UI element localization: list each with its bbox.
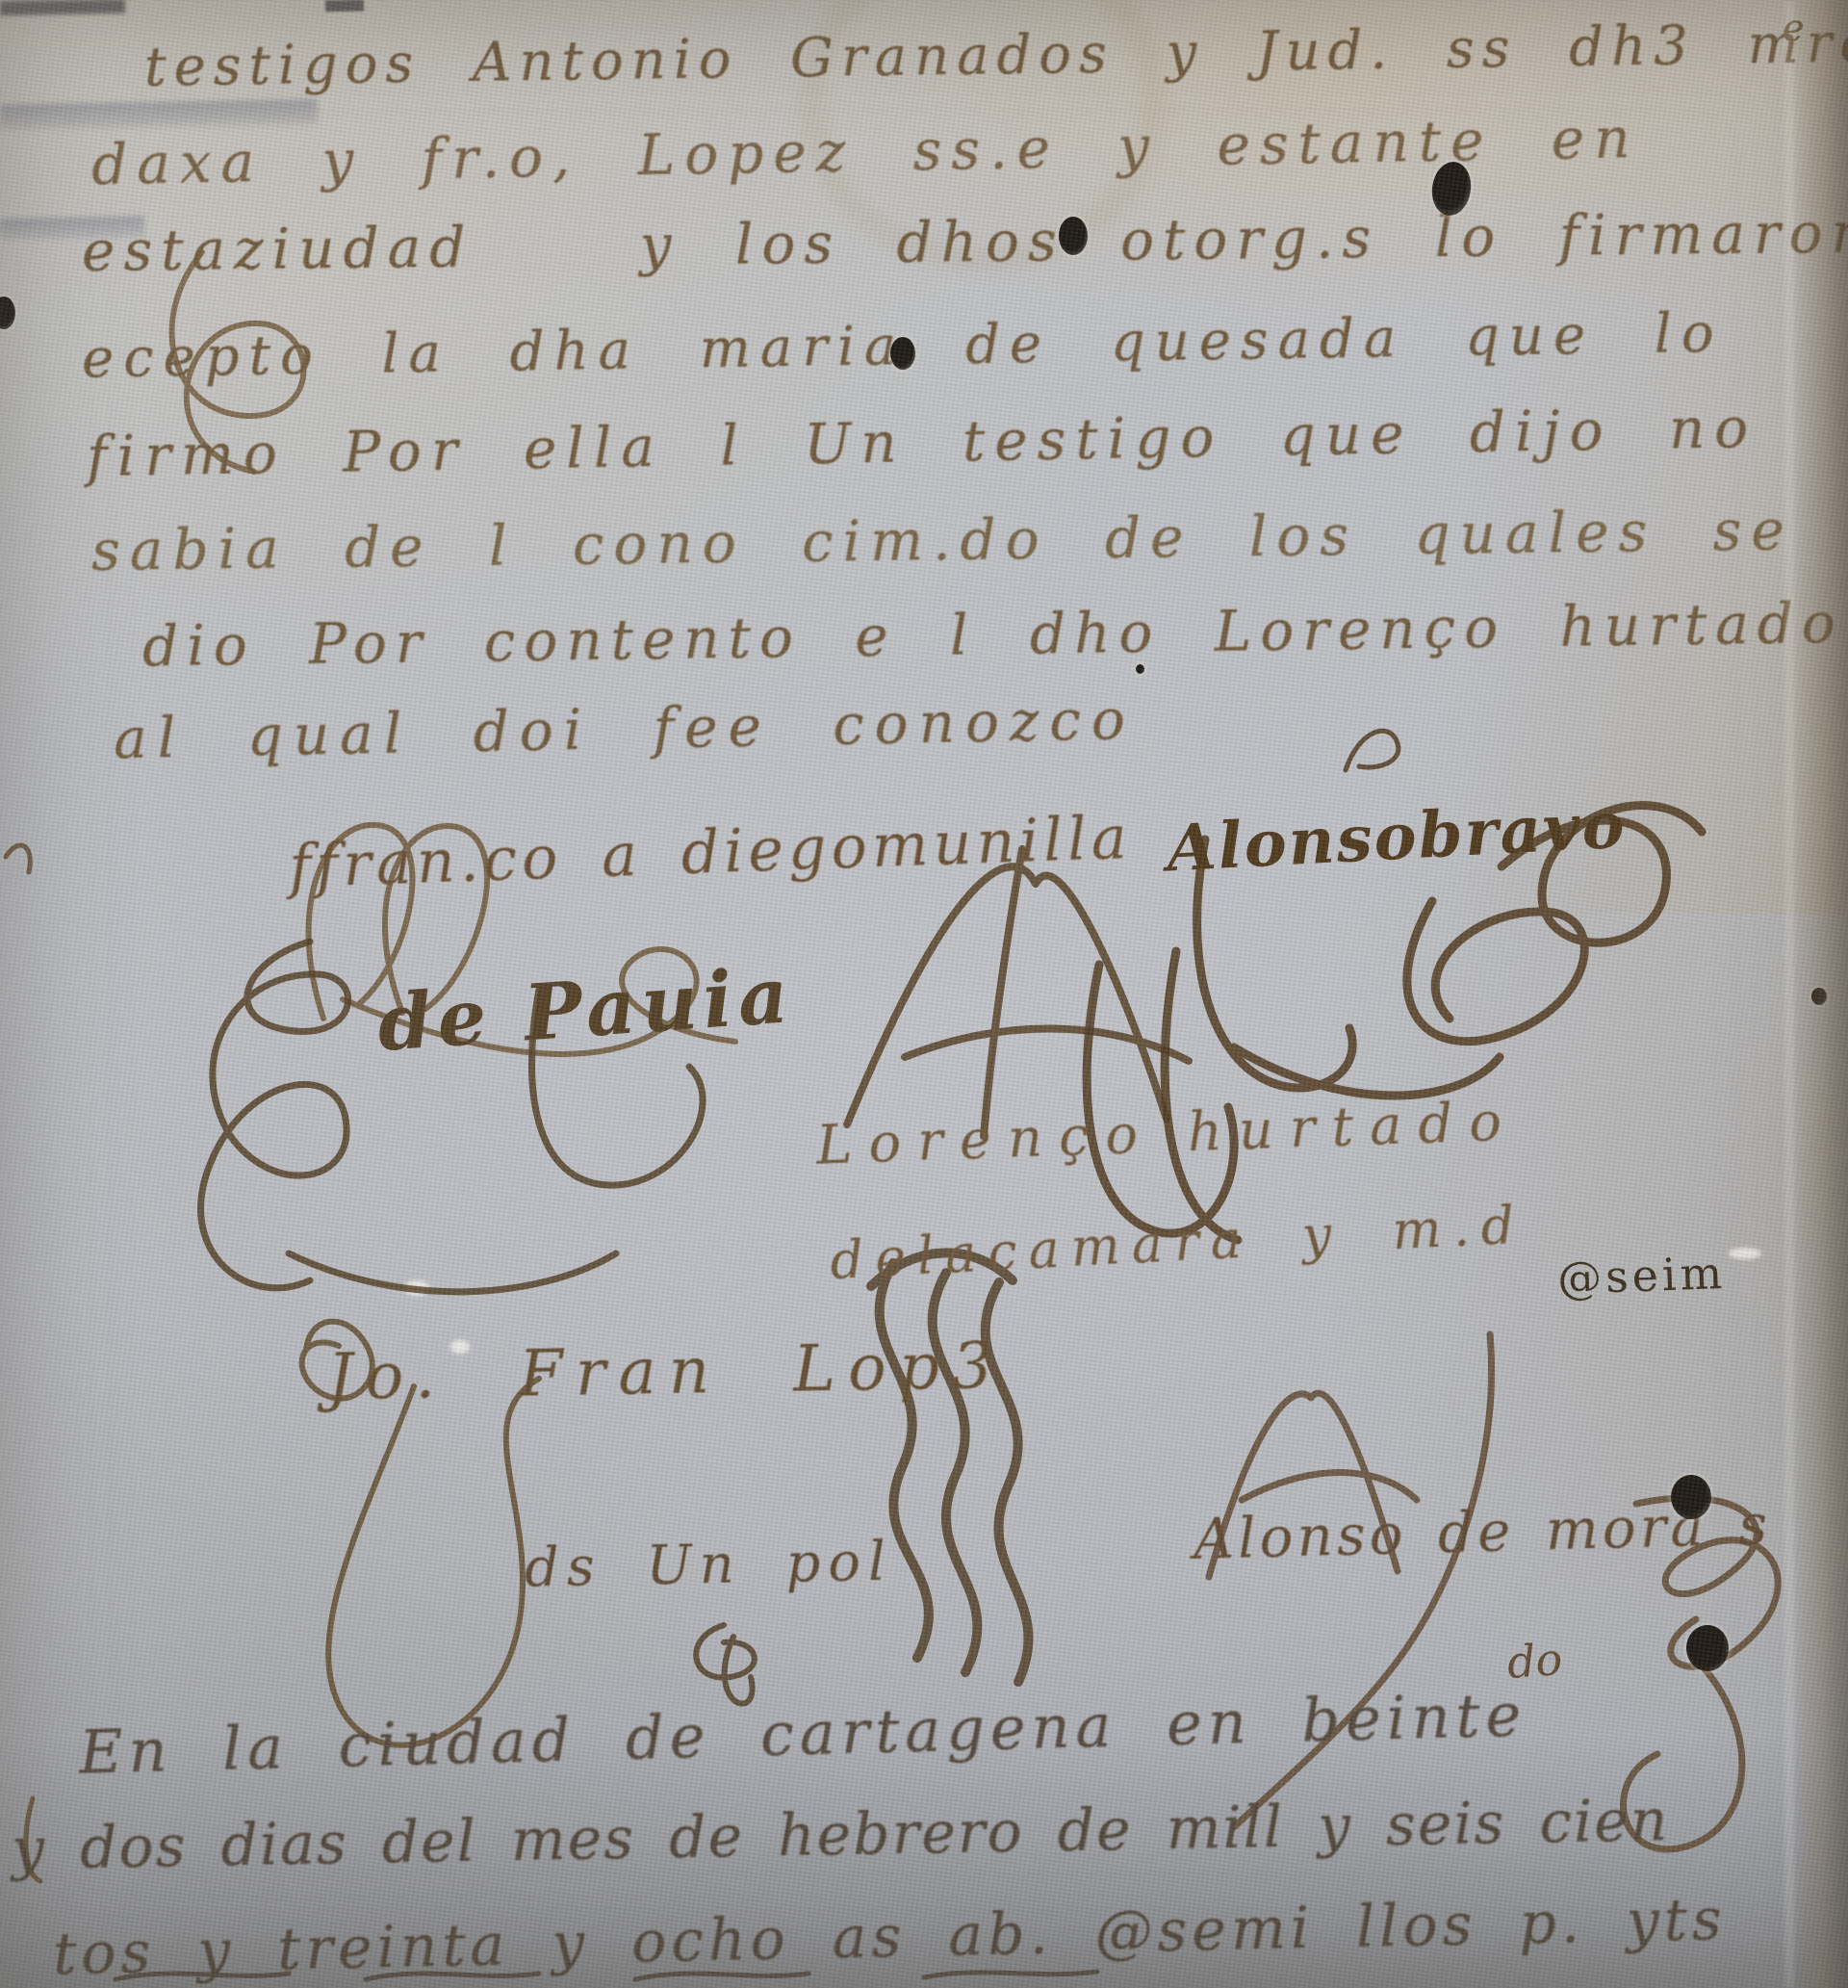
photo-vignette bbox=[0, 0, 1848, 1988]
manuscript-photograph: testigos Antonio Granados y Jud. ss dh3 … bbox=[0, 0, 1848, 1988]
